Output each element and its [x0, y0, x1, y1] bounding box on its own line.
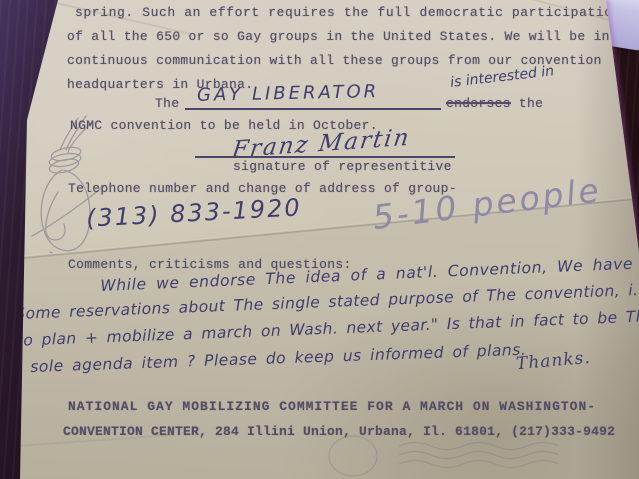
signature-line	[195, 156, 455, 158]
footer-line: NATIONAL GAY MOBILIZING COMMITTEE FOR A …	[68, 399, 596, 414]
struck-endorses: endorses the	[446, 96, 543, 111]
signature-caption: signature of representitive	[233, 159, 452, 174]
group-name-blank: GAY LIBERATOR	[185, 84, 441, 110]
endorsement-prefix: The	[155, 96, 179, 111]
photo-frame: spring. Such an effort requires the full…	[0, 0, 639, 479]
intro-line: of all the 650 or so Gay groups in the U…	[67, 29, 610, 44]
document-paper-wrap: spring. Such an effort requires the full…	[0, 0, 639, 479]
comment-signoff: Thanks.	[515, 348, 591, 374]
struck-word: endorses	[446, 96, 511, 111]
footer-line: CONVENTION CENTER, 284 Illini Union, Urb…	[63, 424, 615, 439]
endorsement-suffix: the	[511, 96, 543, 111]
group-name-handwritten: GAY LIBERATOR	[197, 81, 380, 106]
document-paper: spring. Such an effort requires the full…	[0, 0, 639, 479]
paper-stain	[27, 80, 34, 88]
intro-line: spring. Such an effort requires the full…	[75, 5, 621, 20]
